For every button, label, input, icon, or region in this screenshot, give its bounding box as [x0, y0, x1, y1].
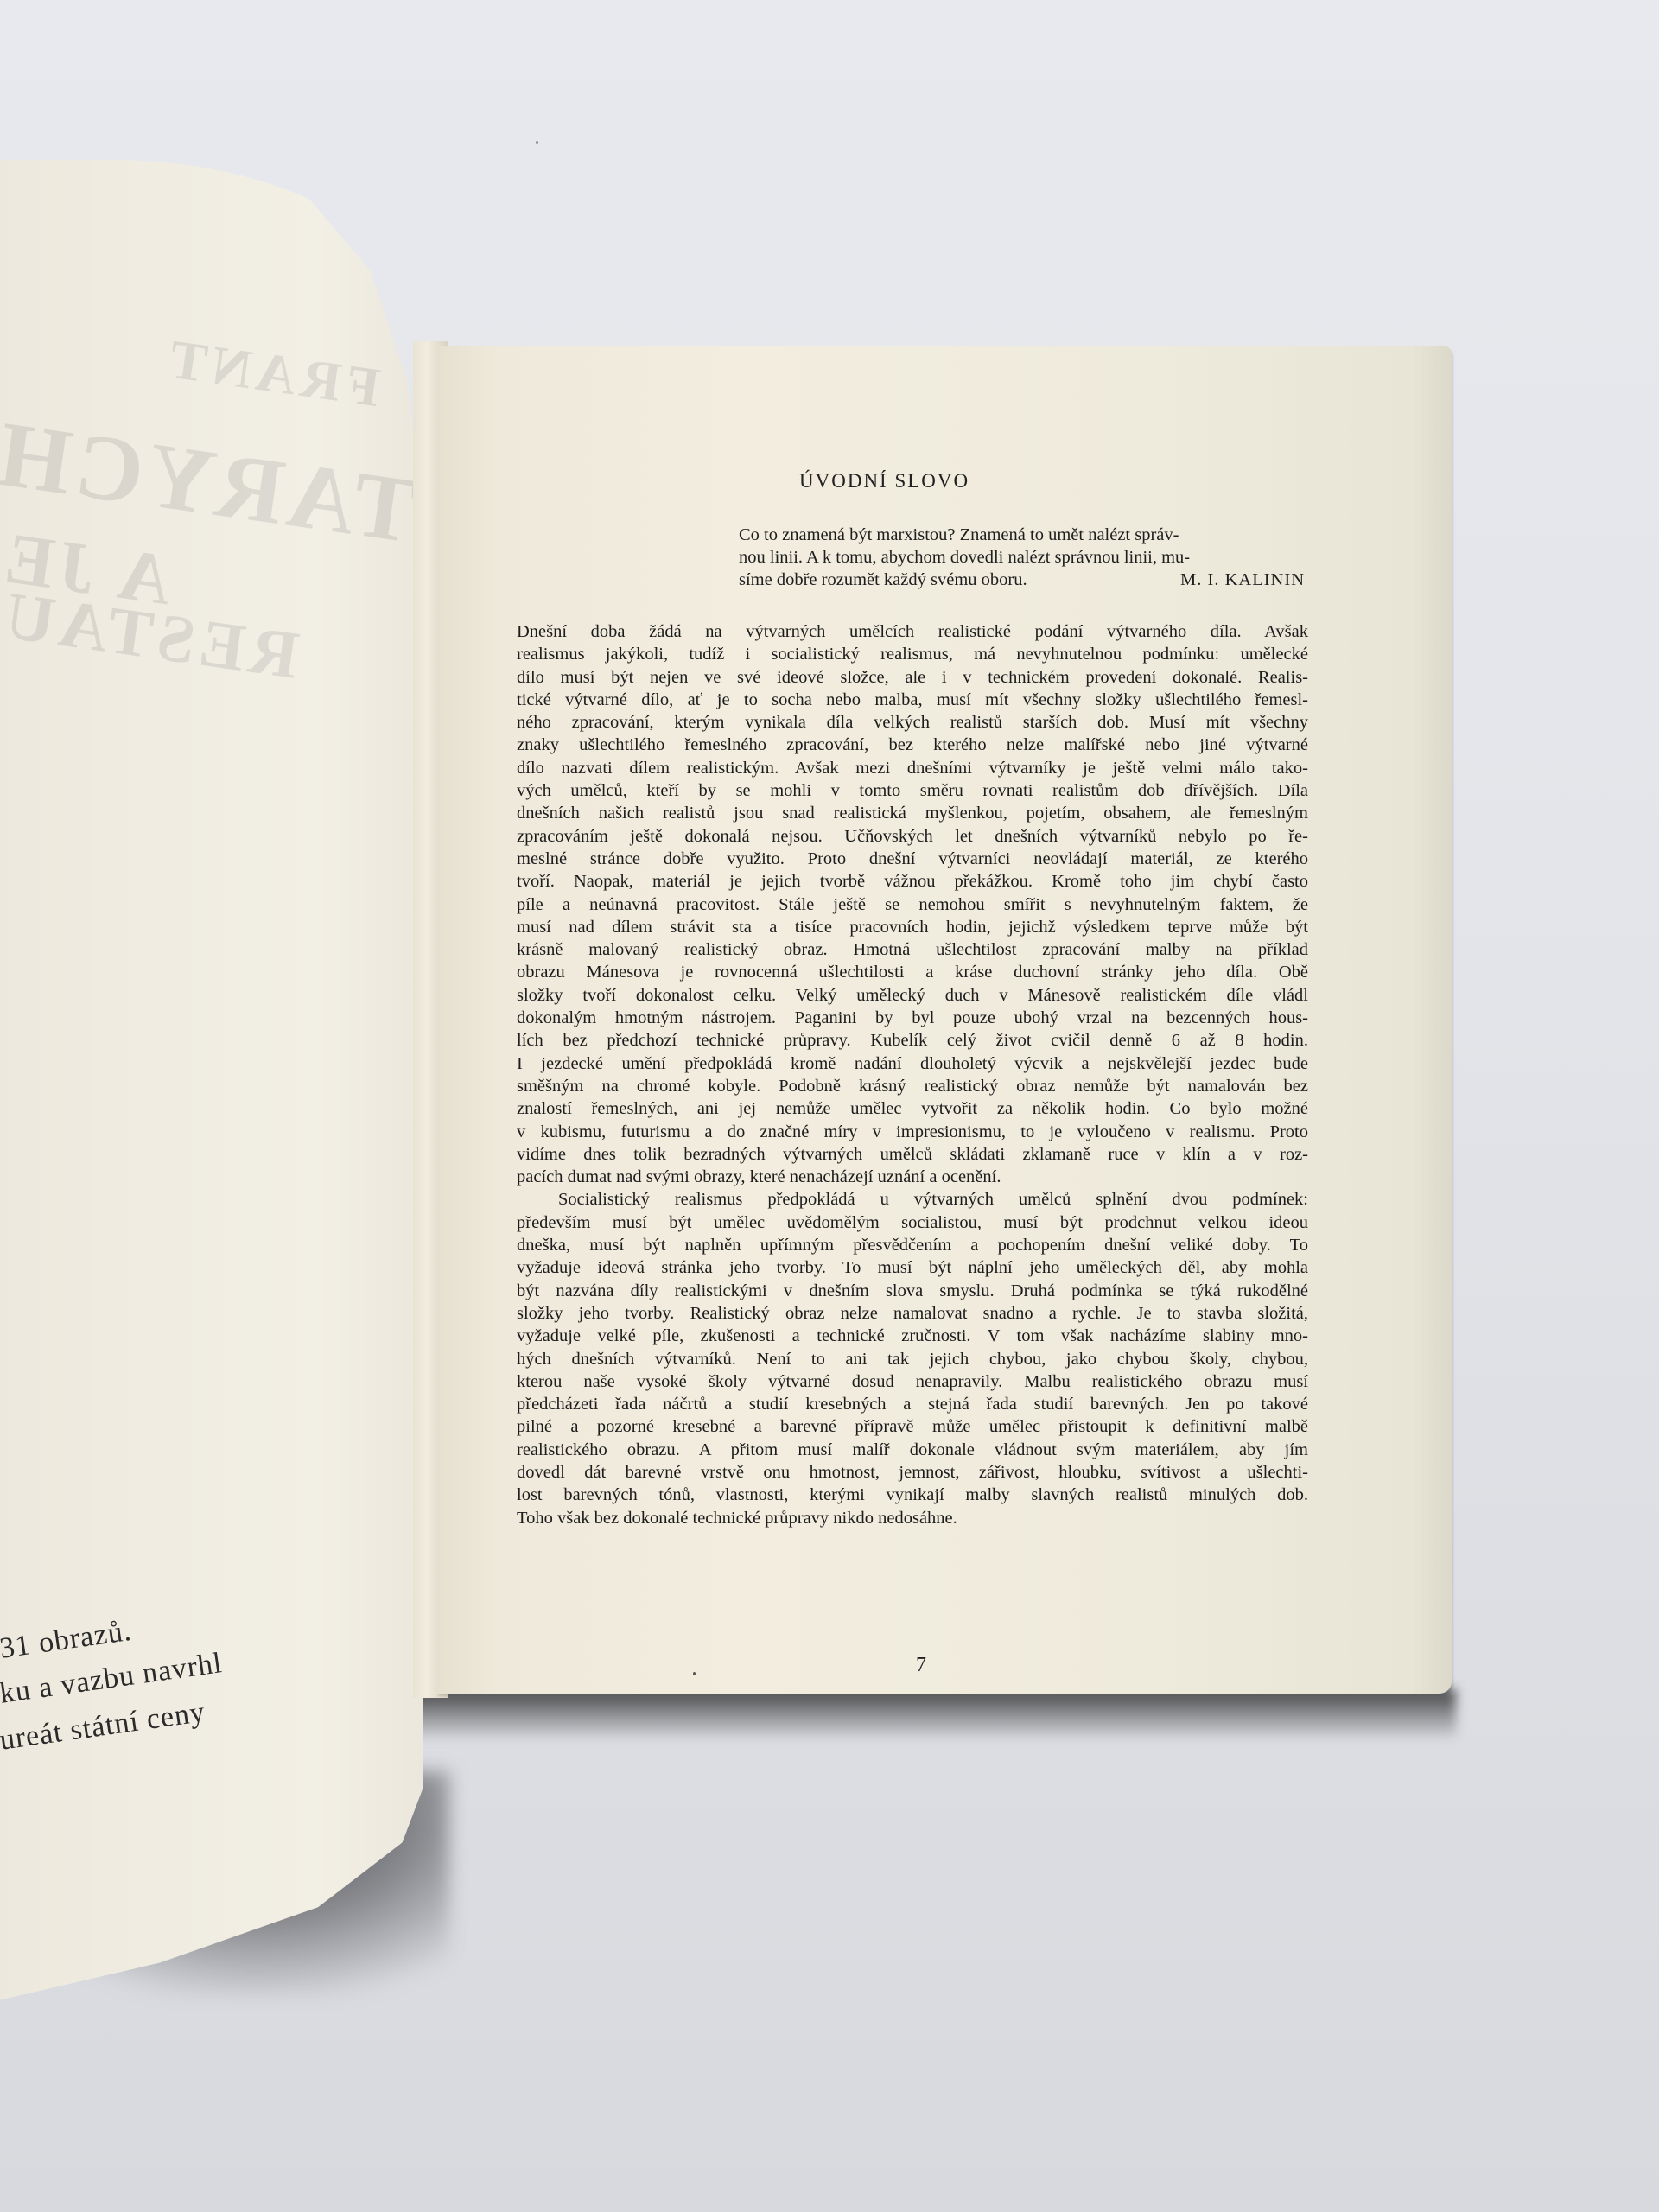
body-text-line: především musí být umělec uvědomělým soc… [517, 1211, 1308, 1234]
paper-speck [536, 141, 538, 144]
body-text-line: tické výtvarné dílo, ať je to socha nebo… [517, 689, 1308, 711]
body-text-line: vyžaduje ideová stránka jeho tvorby. To … [517, 1256, 1308, 1279]
body-text-line: vých umělců, kteří by se mohli v tomto s… [517, 779, 1308, 802]
right-page-shadow [406, 1689, 1456, 1741]
epigraph-line: Co to znamená být marxistou? Znamená to … [739, 524, 1305, 546]
body-text-line: Toho však bez dokonalé technické průprav… [517, 1507, 1308, 1529]
body-text-line: musí nad dílem strávit sta a tisíce prac… [517, 916, 1308, 938]
paper-speck [693, 1672, 696, 1675]
epigraph-attribution: M. I. KALININ [1180, 569, 1305, 591]
body-text-line: píle a neúnavná pracovitost. Stále ještě… [517, 893, 1308, 916]
body-text-line: směšným na chromé kobyle. Podobně krásný… [517, 1075, 1308, 1097]
body-text-line: hých dnešních výtvarníků. Není to ani ta… [517, 1348, 1308, 1370]
body-text-line: dnešních našich realistů jsou snad reali… [517, 802, 1308, 824]
body-text-line: krásně malovaný realistický obraz. Hmotn… [517, 938, 1308, 961]
body-text-line: ného zpracování, kterým vynikala díla ve… [517, 711, 1308, 734]
body-text-line: zpracováním ještě dokonalá nejsou. Učňov… [517, 825, 1308, 848]
body-text-line: v kubismu, futurismu a do značné míry v … [517, 1121, 1308, 1143]
body-text-line: vyžaduje velké píle, zkušenosti a techni… [517, 1325, 1308, 1347]
body-text-line: realismus jakýkoli, tudíž i socialistick… [517, 643, 1308, 665]
body-text-line: znalostí řemeslných, ani jej nemůže uměl… [517, 1097, 1308, 1120]
epigraph: Co to znamená být marxistou? Znamená to … [739, 524, 1305, 591]
body-text-line: složky tvoří dokonalost celku. Velký umě… [517, 984, 1308, 1007]
body-text: Dnešní doba žádá na výtvarných umělcích … [517, 620, 1308, 1529]
body-text-line: lost barevných tónů, vlastnosti, kterými… [517, 1484, 1308, 1506]
body-text-line: být nazvána díly realistickými v dnešním… [517, 1280, 1308, 1302]
body-text-line: pacích dumat nad svými obrazy, které nen… [517, 1166, 1308, 1188]
chapter-heading: ÚVODNÍ SLOVO [799, 470, 969, 493]
body-text-line: složky jeho tvorby. Realistický obraz ne… [517, 1302, 1308, 1325]
body-text-line: Dnešní doba žádá na výtvarných umělcích … [517, 620, 1308, 643]
body-text-line: I jezdecké umění předpokládá kromě nadán… [517, 1052, 1308, 1075]
body-text-line: pilné a pozorné kresebné a barevné přípr… [517, 1415, 1308, 1438]
body-text-line: obrazu Mánesova je rovnocenná ušlechtilo… [517, 961, 1308, 983]
body-text-line: dneška, musí být naplněn upřímným přesvě… [517, 1234, 1308, 1256]
page-number: 7 [916, 1654, 926, 1677]
body-text-line: dílo musí být nejen ve své ideové složce… [517, 666, 1308, 689]
body-text-line: lích bez předchozí technické průpravy. K… [517, 1029, 1308, 1052]
body-text-line: dokonalým hmotným nástrojem. Paganini by… [517, 1007, 1308, 1029]
epigraph-line: síme dobře rozumět každý svému oboru. M.… [739, 569, 1305, 591]
body-text-line: tvoří. Naopak, materiál je jejich tvorbě… [517, 870, 1308, 893]
body-text-line: realistického obrazu. A přitom musí malí… [517, 1439, 1308, 1461]
body-text-line: předcházeti řada náčrtů a studií kresebn… [517, 1393, 1308, 1415]
body-text-line: dovedl dát barevné vrstvě onu hmotnost, … [517, 1461, 1308, 1484]
body-text-line: dílo nazvati dílem realistickým. Avšak m… [517, 757, 1308, 779]
body-text-line: Socialistický realismus předpokládá u vý… [517, 1188, 1308, 1211]
body-text-line: kterou naše vysoké školy výtvarné dosud … [517, 1370, 1308, 1393]
body-text-line: meslné stránce dobře využito. Proto dneš… [517, 848, 1308, 870]
body-text-line: vidíme dnes tolik bezradných výtvarných … [517, 1143, 1308, 1166]
body-text-line: znaky ušlechtilého řemeslného zpracování… [517, 734, 1308, 756]
epigraph-line: nou linii. A k tomu, abychom dovedli nal… [739, 546, 1305, 569]
